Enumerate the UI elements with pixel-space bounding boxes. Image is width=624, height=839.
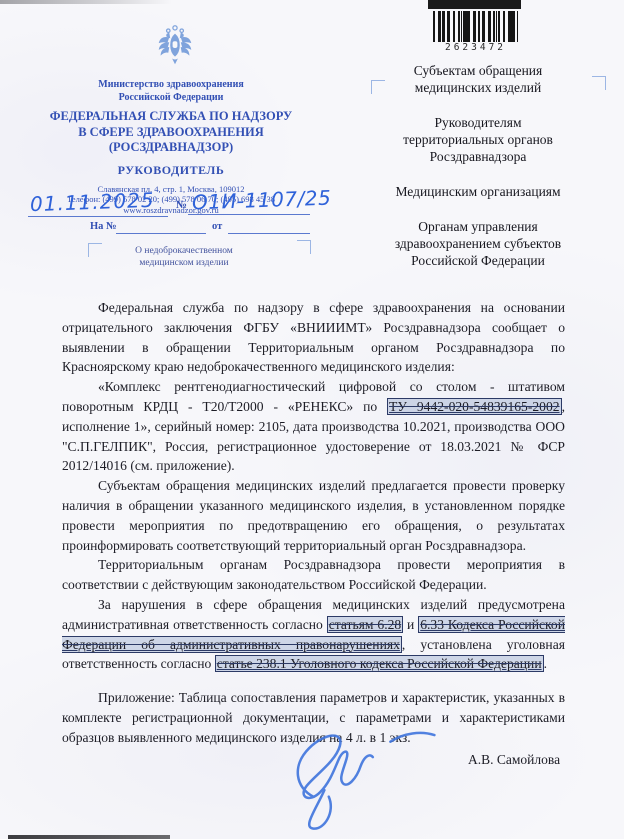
- letter-subject: О недоброкачественном медицинском издели…: [104, 246, 264, 269]
- scan-artifact-top: [0, 0, 172, 4]
- signer-name: А.В. Самойлова: [468, 752, 578, 768]
- legal-reference-link: статье 238.1 Уголовного кодекса Российск…: [215, 655, 544, 672]
- recipient-group: Руководителям территориальных органов Ро…: [366, 114, 590, 165]
- recipient-group: Субъектам обращения медицинских изделий: [366, 62, 590, 96]
- body-paragraph: Субъектам обращения медицинских изделий …: [62, 476, 565, 555]
- handwritten-date: 01.11.2025: [30, 188, 155, 216]
- handwritten-doc-number: О1И-1107/25: [192, 186, 332, 215]
- handwritten-signature: [276, 726, 452, 830]
- body-paragraph: «Комплекс рентгенодиагностический цифров…: [62, 377, 565, 476]
- recipient-group: Органам управления здравоохранением субъ…: [366, 218, 590, 269]
- recipients-block: Субъектам обращения медицинских изделий …: [366, 62, 590, 287]
- ref-number-underline: [116, 233, 206, 234]
- letter-body: Федеральная служба по надзору в сфере зд…: [62, 298, 565, 748]
- ref-number-label: На №: [90, 221, 117, 232]
- date-underline: [28, 216, 168, 217]
- ministry-name: Министерство здравоохранения Российской …: [24, 79, 318, 104]
- legal-reference-link: ТУ 9442-020-54839165-2002: [387, 398, 562, 415]
- letterhead: Министерство здравоохранения Российской …: [24, 24, 318, 215]
- russia-coat-of-arms-icon: [156, 24, 194, 70]
- body-text-segment: Федеральная служба по надзору в сфере зд…: [62, 300, 565, 374]
- body-text-segment: .: [544, 656, 547, 671]
- scan-artifact-bottom: [8, 835, 170, 839]
- legal-reference-link: статьям 6.28: [327, 616, 403, 633]
- barcode-number: 2623472: [433, 42, 518, 53]
- ref-from-label: от: [212, 221, 222, 232]
- body-paragraph: За нарушения в сфере обращения медицинск…: [62, 595, 565, 674]
- body-text-segment: Территориальным органам Росздравнадзора …: [62, 557, 565, 592]
- scan-black-bar: [428, 0, 521, 9]
- ref-from-underline: [228, 233, 310, 234]
- corner-bracket: [297, 240, 311, 254]
- body-paragraph: Федеральная служба по надзору в сфере зд…: [62, 298, 565, 377]
- body-text-segment: и: [403, 617, 418, 632]
- number-sign-label: №: [176, 199, 187, 211]
- recipient-group: Медицинским организациям: [366, 183, 590, 200]
- corner-bracket: [592, 76, 606, 90]
- service-name: ФЕДЕРАЛЬНАЯ СЛУЖБА ПО НАДЗОРУ В СФЕРЕ ЗД…: [24, 109, 318, 156]
- doc-number-underline: [188, 214, 310, 215]
- body-paragraph: Территориальным органам Росздравнадзора …: [62, 555, 565, 595]
- barcode: [433, 11, 518, 42]
- corner-bracket: [88, 243, 102, 257]
- body-text-segment: Субъектам обращения медицинских изделий …: [62, 478, 565, 552]
- document-page: Министерство здравоохранения Российской …: [0, 0, 624, 839]
- position-title: РУКОВОДИТЕЛЬ: [24, 163, 318, 178]
